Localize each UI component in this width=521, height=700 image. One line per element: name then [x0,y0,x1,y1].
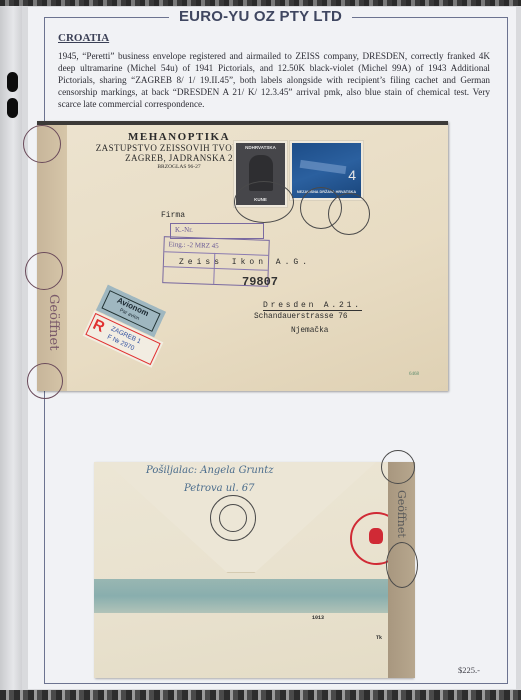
sender-handwriting-address: Petrova ul. 67 [184,483,255,494]
postmark [328,193,370,235]
binder-hole [7,72,18,92]
small-mark: Tk [376,635,382,641]
addressee-prefix: Firma [161,211,185,220]
envelope-back[interactable]: Pošiljalac: Angela Gruntz Petrova ul. 67… [94,462,413,678]
addressee-company: Zeiss Ikon A.G. [179,258,311,267]
arrival-postmark [210,495,256,541]
addressee-country: Njemačka [291,327,328,335]
lot-price: $225.- [458,665,480,675]
censor-tape: Geöffnet [388,462,415,678]
lot-description: 1945, “Peretti” business envelope regist… [58,50,490,110]
geoffnet-text: Geöffnet [395,490,408,538]
censor-cachet [386,542,418,588]
censor-tape: Geöffnet [37,125,67,391]
registration-letter: R [90,316,107,336]
envelope-front[interactable]: Geöffnet MEHANOPTIKA ZASTUPSTVO ZEISSOVI… [37,121,448,391]
pencil-note: 6468 [409,372,419,377]
filing-number: 79807 [242,275,278,289]
censor-cachet [27,363,63,399]
censor-cachet [381,450,415,484]
eagle-icon [369,528,383,544]
censor-cachet [25,252,63,290]
company-name: EURO-YU OZ PTY LTD [169,8,352,25]
postmark [234,181,294,223]
addressee-street: Schandauerstrasse 76 [254,313,348,321]
censor-cachet [23,125,61,163]
binder-edge [0,0,22,700]
binder-hole [7,98,18,118]
sleeve-bottom-edge [0,690,521,700]
landscape-icon [300,160,347,174]
chemical-test-stain [94,579,389,613]
number-mark: 1013 [312,615,324,621]
geoffnet-text: Geöffnet [46,294,61,350]
addressee-city: Dresden A.21. [263,301,362,311]
page-heading: EURO-YU OZ PTY LTD [0,8,521,26]
sender-handwriting: Pošiljalac: Angela Gruntz [146,465,274,476]
country-title: CROATIA [58,32,109,44]
sleeve-top-edge [0,0,521,6]
